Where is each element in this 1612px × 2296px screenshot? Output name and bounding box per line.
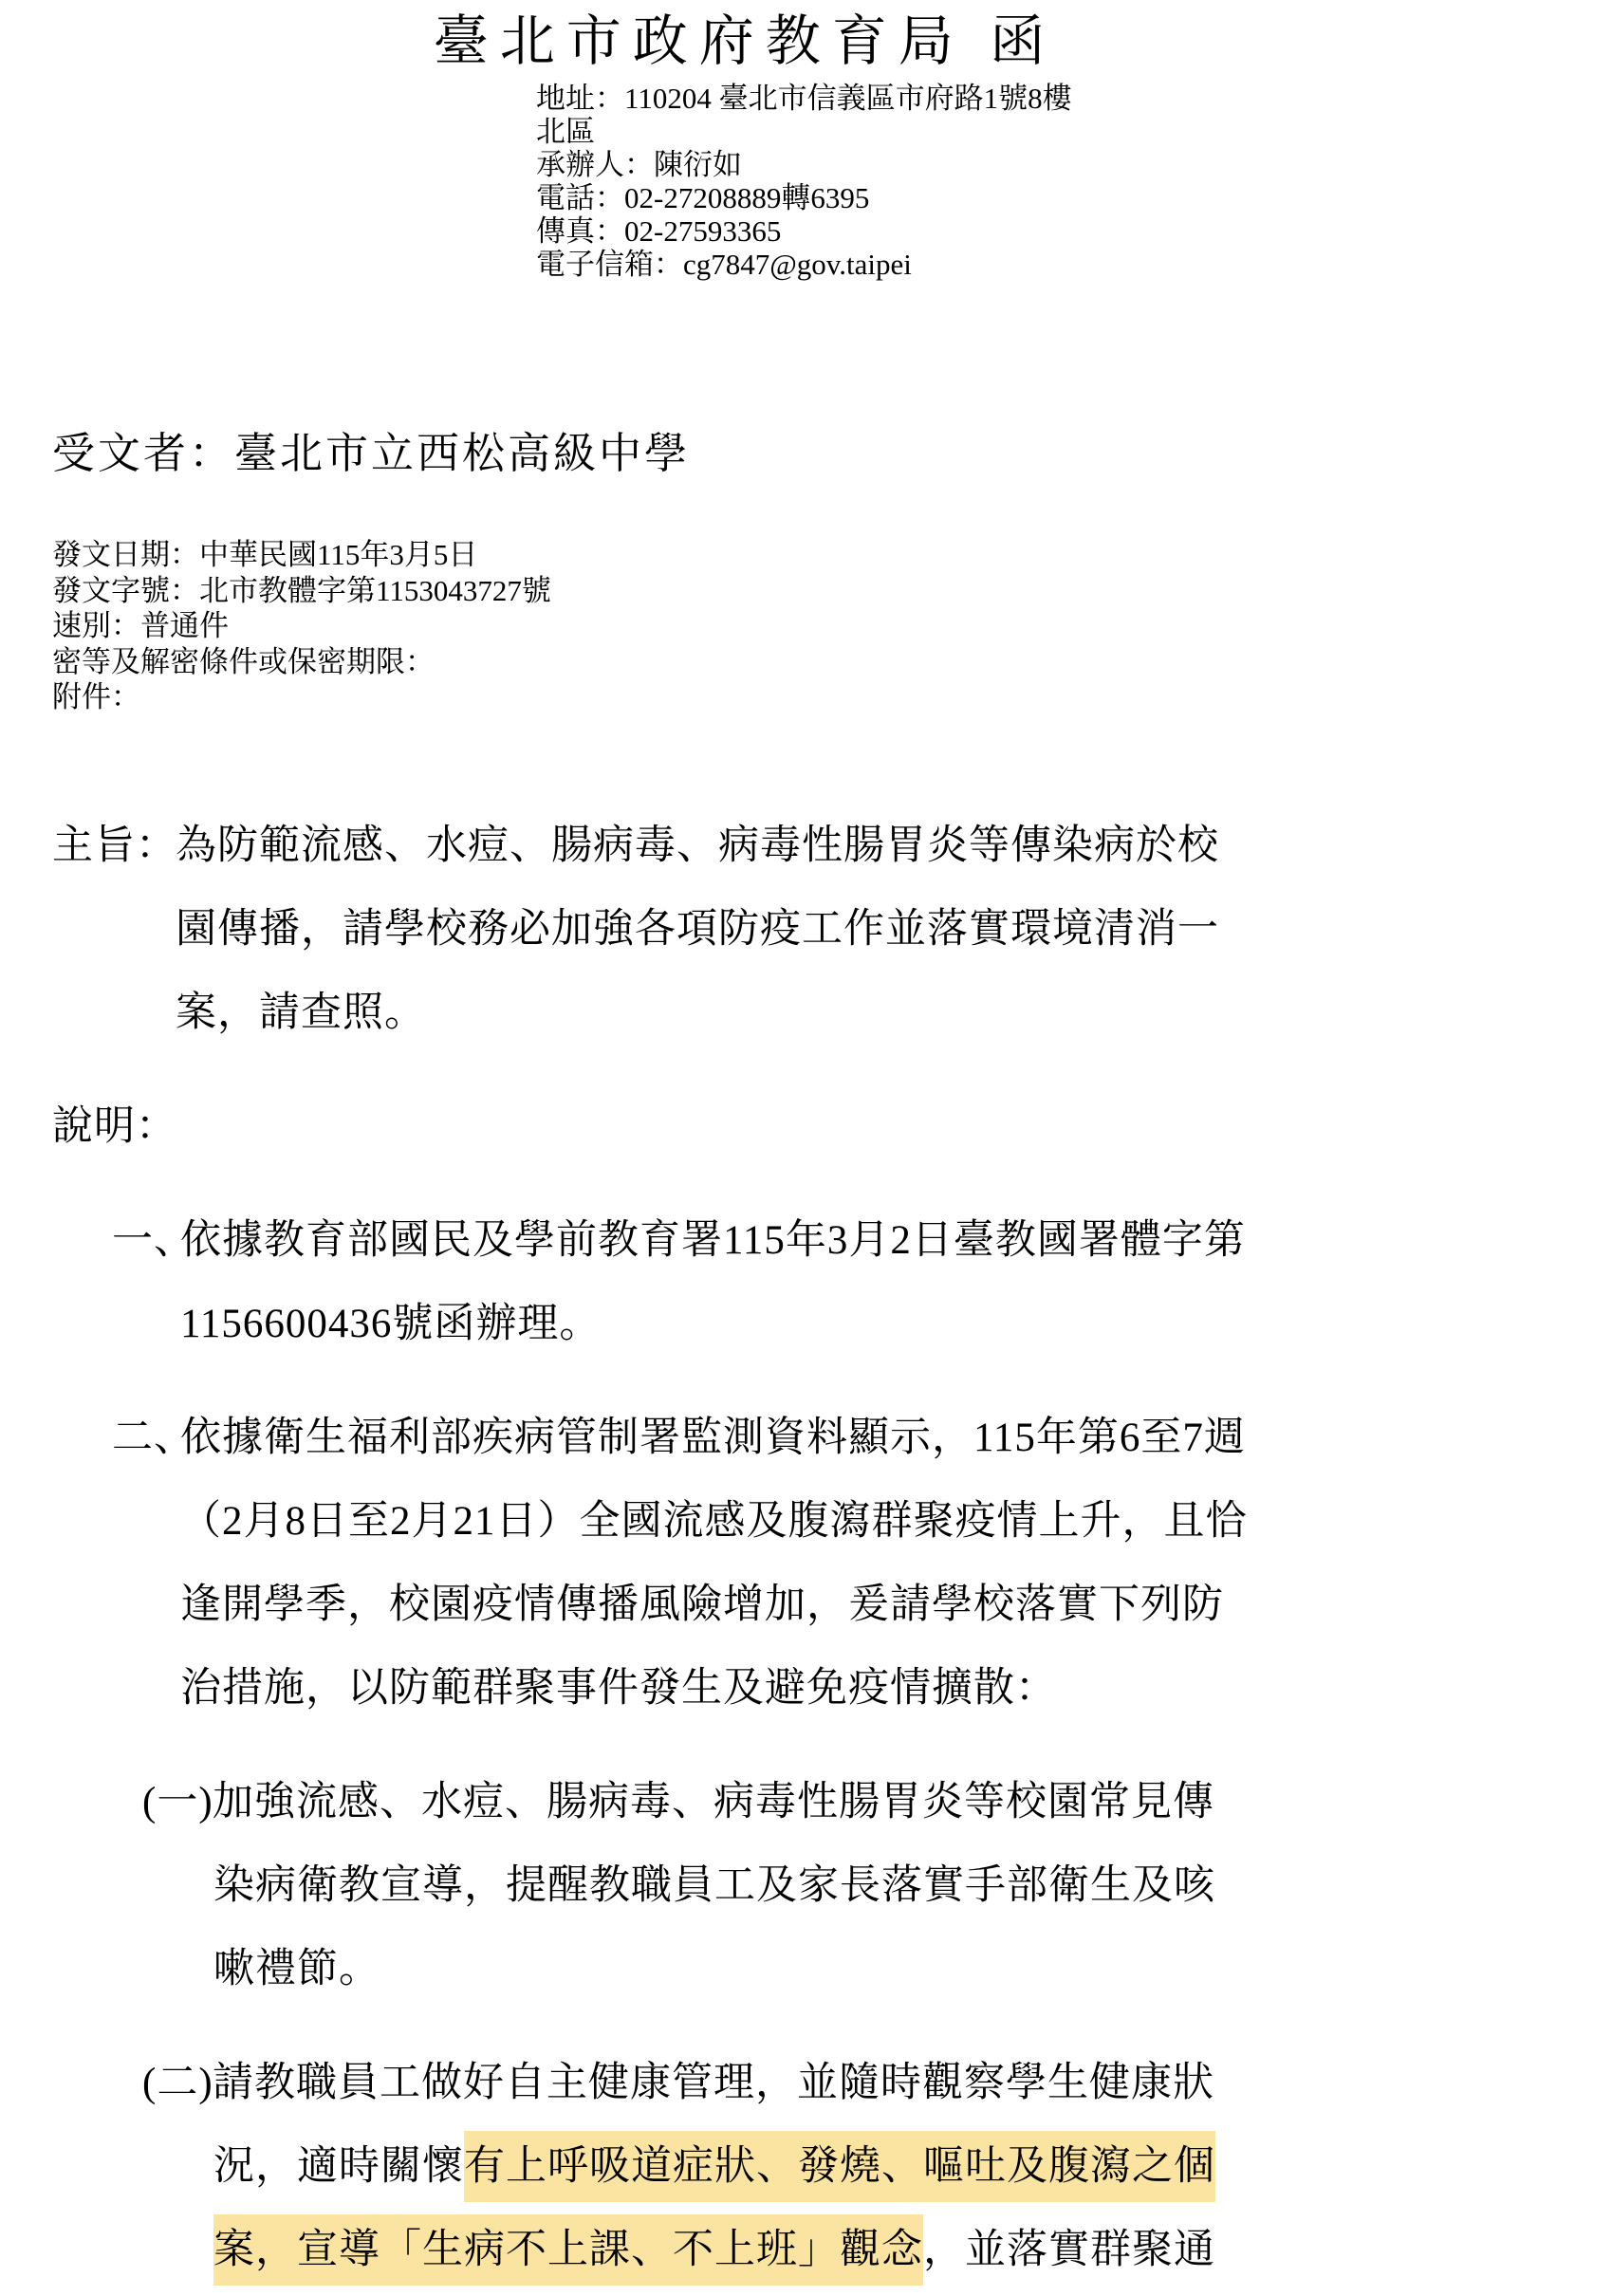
explanation-item-2: 二、依據衛生福利部疾病管制署監測資料顯示，115年第6至7週 （2月8日至2月2… (52, 1397, 1612, 1731)
subitem2-text: 請教職員工做好自主健康管理，並隨時觀察學生健康狀 (213, 2061, 1214, 2105)
explanation-heading: 說明： (52, 1085, 1612, 1169)
item2-text: 依據衛生福利部疾病管制署監測資料顯示，115年第6至7週 (180, 1416, 1246, 1460)
subitem1-line-3: 嗽禮節。 (213, 1928, 1612, 2011)
doc-number: 發文字號：北市教體字第1153043727號 (52, 573, 1612, 609)
subject-line-1: 主旨：為防範流感、水痘、腸病毒、病毒性腸胃炎等傳染病於校 (52, 805, 1612, 888)
highlighted-text-2: 案，宣導「生病不上課、不上班」觀念 (213, 2214, 923, 2286)
item2-line-4: 治措施，以防範群聚事件發生及避免疫情擴散： (180, 1647, 1612, 1731)
letter-body: 主旨：為防範流感、水痘、腸病毒、病毒性腸胃炎等傳染病於校 園傳播，請學校務必加強… (52, 805, 1612, 2292)
sender-district: 北區 (536, 115, 1612, 148)
recipient-line: 受文者：臺北市立西松高級中學 (52, 425, 1612, 482)
contact-email: 電子信箱：cg7847@gov.taipei (536, 248, 1612, 281)
explanation-label: 說明： (52, 1085, 1612, 1169)
sender-info-block: 地址：110204 臺北市信義區市府路1號8樓 北區 承辦人：陳衍如 電話：02… (536, 82, 1612, 281)
item1-marker: 一、 (112, 1199, 180, 1283)
subitem1-line-2: 染病衛教宣導，提醒教職員工及家長落實手部衛生及咳 (213, 1844, 1612, 1928)
subitem2-line-3: 案，宣導「生病不上課、不上班」觀念，並落實群聚通 (213, 2209, 1612, 2292)
item2-marker: 二、 (112, 1397, 180, 1480)
speed-class: 速別：普通件 (52, 608, 1612, 644)
subject-line-3: 案，請查照。 (176, 972, 1612, 1055)
subject-marker: 主旨： (52, 805, 176, 888)
highlighted-text-1: 有上呼吸道症狀、發燒、嘔吐及腹瀉之個 (464, 2131, 1215, 2202)
subitem2-line3-normal: ，並落實群聚通 (923, 2228, 1215, 2272)
subject-text: 為防範流感、水痘、腸病毒、病毒性腸胃炎等傳染病於校 (176, 824, 1219, 868)
subitem2-line2-normal: 況，適時關懷 (213, 2144, 464, 2189)
contact-phone: 電話：02-27208889轉6395 (536, 181, 1612, 214)
subitem2-marker: (二) (142, 2042, 213, 2125)
issue-date: 發文日期：中華民國115年3月5日 (52, 537, 1612, 573)
sub-item-2: (二)請教職員工做好自主健康管理，並隨時觀察學生健康狀 況，適時關懷有上呼吸道症… (52, 2042, 1612, 2292)
subject-line-2: 園傳播，請學校務必加強各項防疫工作並落實環境清消一 (176, 888, 1612, 972)
official-letter-page: 臺北市政府教育局 函 地址：110204 臺北市信義區市府路1號8樓 北區 承辦… (0, 0, 1612, 2296)
item1-line-1: 一、依據教育部國民及學前教育署115年3月2日臺教國署體字第 (112, 1199, 1612, 1283)
item1-line-2: 1156600436號函辦理。 (180, 1283, 1612, 1366)
security-class: 密等及解密條件或保密期限： (52, 644, 1612, 680)
sender-address: 地址：110204 臺北市信義區市府路1號8樓 (536, 82, 1612, 115)
document-title: 臺北市政府教育局 函 (52, 8, 1437, 76)
subitem1-marker: (一) (142, 1761, 213, 1844)
item2-line-1: 二、依據衛生福利部疾病管制署監測資料顯示，115年第6至7週 (112, 1397, 1612, 1480)
item2-line-2: （2月8日至2月21日）全國流感及腹瀉群聚疫情上升，且恰 (180, 1480, 1612, 1564)
subitem1-text: 加強流感、水痘、腸病毒、病毒性腸胃炎等校園常見傳 (213, 1780, 1214, 1824)
meta-block: 發文日期：中華民國115年3月5日 發文字號：北市教體字第1153043727號… (52, 537, 1612, 715)
sub-item-1: (一)加強流感、水痘、腸病毒、病毒性腸胃炎等校園常見傳 染病衛教宣導，提醒教職員… (52, 1761, 1612, 2011)
subitem2-line-2: 況，適時關懷有上呼吸道症狀、發燒、嘔吐及腹瀉之個 (213, 2125, 1612, 2209)
attachment-label: 附件： (52, 679, 1612, 715)
contact-person: 承辦人：陳衍如 (536, 148, 1612, 181)
explanation-item-1: 一、依據教育部國民及學前教育署115年3月2日臺教國署體字第 115660043… (52, 1199, 1612, 1366)
subitem1-line-1: (一)加強流感、水痘、腸病毒、病毒性腸胃炎等校園常見傳 (142, 1761, 1612, 1844)
contact-fax: 傳真：02-27593365 (536, 214, 1612, 248)
subject-paragraph: 主旨：為防範流感、水痘、腸病毒、病毒性腸胃炎等傳染病於校 園傳播，請學校務必加強… (52, 805, 1612, 1055)
item1-text: 依據教育部國民及學前教育署115年3月2日臺教國署體字第 (180, 1218, 1246, 1263)
subitem2-line-1: (二)請教職員工做好自主健康管理，並隨時觀察學生健康狀 (142, 2042, 1612, 2125)
item2-line-3: 逢開學季，校園疫情傳播風險增加，爰請學校落實下列防 (180, 1564, 1612, 1647)
